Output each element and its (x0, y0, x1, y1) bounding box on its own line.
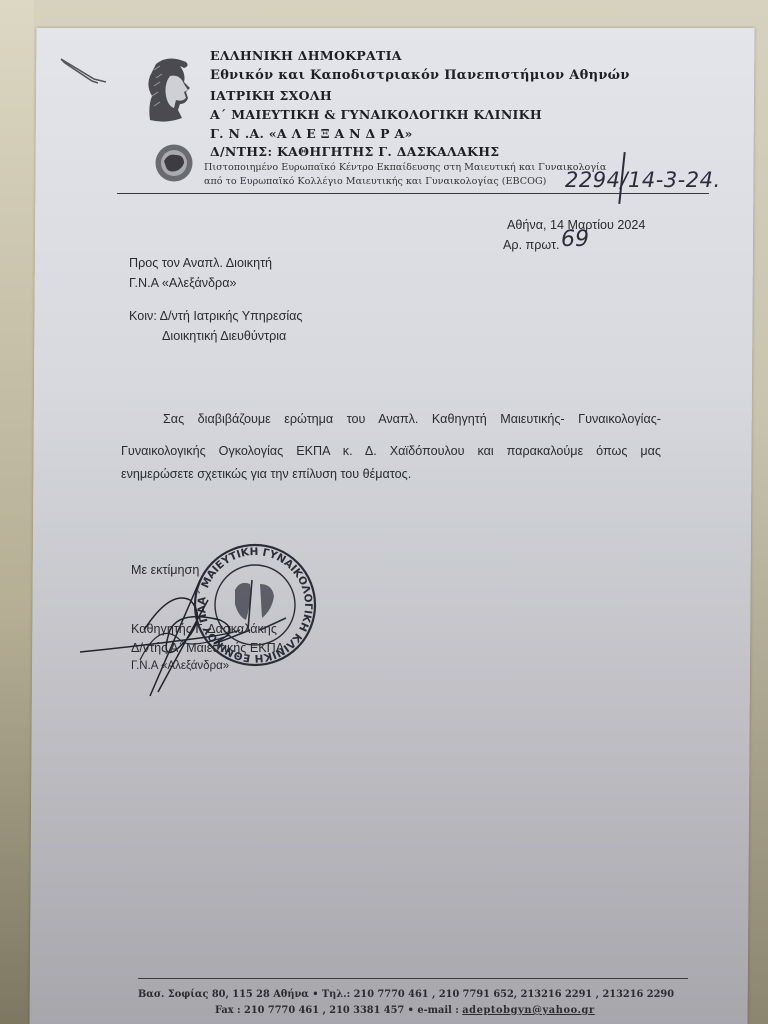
letterhead-line-5: Γ. Ν .Α. «Α Λ Ε Ξ Α Ν Δ Ρ Α» (210, 126, 413, 141)
footer-email-link[interactable]: adeptobgyn@yahoo.gr (462, 1005, 595, 1016)
ebcog-europe-seal-icon (154, 143, 194, 183)
recipient-to-line-2: Γ.Ν.Α «Αλεξάνδρα» (129, 276, 237, 290)
handwritten-registry-number: 2294/14-3-24. (565, 168, 721, 192)
accreditation-line-1: Πιστοποιημένο Ευρωπαϊκό Κέντρο Εκπαίδευσ… (204, 162, 606, 173)
desk-background (0, 0, 34, 1024)
footer-address-phone: Βασ. Σοφίας 80, 115 28 Αθήνα • Τηλ.: 210… (138, 989, 674, 1000)
body-line-3: ενημερώσετε σχετικώς για την επίλυση του… (121, 467, 411, 481)
protocol-label: Αρ. πρωτ. (503, 238, 560, 252)
recipient-cc-line-2: Διοικητική Διευθύντρια (162, 329, 286, 343)
footer-divider (138, 978, 688, 979)
letterhead-line-4: Α΄ ΜΑΙΕΥΤΙΚΗ & ΓΥΝΑΙΚΟΛΟΓΙΚΗ ΚΛΙΝΙΚΗ (210, 107, 542, 122)
letterhead-line-1: ΕΛΛΗΝΙΚΗ ΔΗΜΟΚΡΑΤΙΑ (210, 48, 402, 63)
handwritten-signature (80, 560, 320, 700)
letterhead-line-2: Εθνικόν και Καποδιστριακόν Πανεπιστήμιον… (210, 68, 630, 83)
paper-clip-icon (58, 56, 110, 86)
accreditation-line-2: από το Ευρωπαϊκό Κολλέγιο Μαιευτικής και… (204, 176, 546, 187)
body-line-2: Γυναικολογικής Ογκολογίας ΕΚΠΑ κ. Δ. Χαϊ… (121, 438, 661, 464)
letterhead-line-3: ΙΑΤΡΙΚΗ ΣΧΟΛΗ (210, 88, 332, 103)
recipient-cc-line-1: Κοιν: Δ/ντή Ιατρικής Υπηρεσίας (129, 309, 302, 323)
handwritten-protocol-number: 69 (561, 227, 589, 252)
athena-head-logo-icon (146, 56, 194, 128)
body-line-1: Σας διαβιβάζουμε ερώτημα του Αναπλ. Καθη… (121, 406, 661, 432)
footer-fax-email: Fax : 210 7770 461 , 210 3381 457 • e-ma… (215, 1005, 595, 1016)
letterhead-line-6: Δ/ΝΤΗΣ: ΚΑΘΗΓΗΤΗΣ Γ. ΔΑΣΚΑΛΑΚΗΣ (210, 144, 499, 159)
footer-fax: Fax : 210 7770 461 , 210 3381 457 • e-ma… (215, 1005, 462, 1016)
recipient-to-line-1: Προς τον Αναπλ. Διοικητή (129, 256, 272, 270)
